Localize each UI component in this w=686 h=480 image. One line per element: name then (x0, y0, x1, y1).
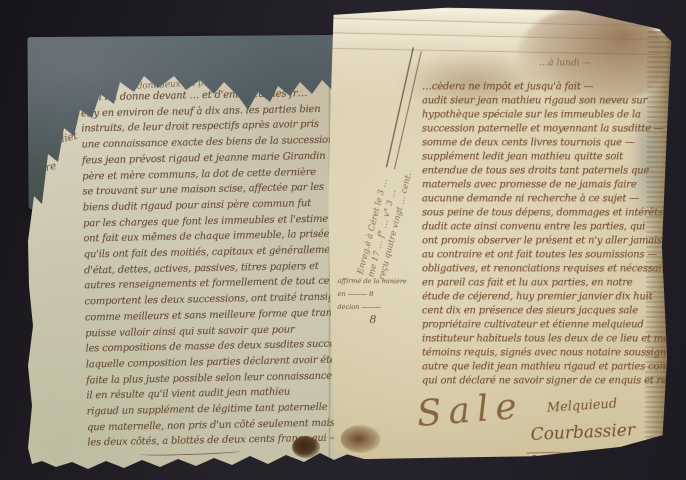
water-stain (340, 425, 380, 453)
manuscript-line: ont promis observer le présent et n'y al… (422, 234, 664, 248)
torn-fragment-text: …à lundi — (539, 58, 591, 68)
manuscript-line: audit sieur jean mathieu rigaud son neve… (422, 94, 664, 108)
signature-witness: Melquieud (546, 396, 617, 415)
manuscript-line: succession paternelle et moyennant la su… (422, 122, 664, 136)
ink-blot (292, 436, 320, 458)
manuscript-line: en pareil cas fait et lu aux parties, en… (422, 276, 664, 290)
manuscript-line: étude de céjerend, huy premier janvier d… (422, 290, 664, 304)
manuscript-line: dudit acte ainsi convenu entre les parti… (422, 220, 664, 234)
signature-notary: Courbassier (530, 420, 635, 445)
manuscript-line: entendue de tous ses droits tant paterne… (422, 164, 664, 178)
manuscript-line: au contraire et ont fait toutes les soum… (422, 248, 664, 262)
manuscript-line: maternels avec promesse de ne jamais fai… (422, 178, 664, 192)
manuscript-line: autre que ledit jean mathieu rigaud et p… (422, 360, 664, 374)
manuscript-line: propriétaire cultivateur et étienne melq… (422, 318, 664, 332)
manuscript-line: obligatives, et renonciations requises e… (422, 262, 664, 276)
manuscript-line: supplément ledit jean mathieu quitte soi… (422, 150, 664, 164)
manuscript-line: témoins requis, signés avec nous notaire… (422, 346, 664, 360)
left-page-text: qu'il lui donne devant … et d'entre eux … (81, 86, 340, 452)
manuscript-line: cent dix en présence des sieurs jacques … (422, 304, 664, 318)
manuscript-line: somme de deux cents livres tournois que … (422, 136, 664, 150)
signature-witness-mark: Sale (415, 386, 525, 435)
manuscript-line: hypothèque spéciale sur les immeubles de… (422, 108, 664, 122)
fee-note-line: affirmé de la minière (338, 275, 407, 288)
margin-fee-notes: affirmé de la minière en ——— 8 décion ——… (337, 275, 406, 314)
fee-amount: 8 (369, 313, 376, 326)
right-page-text: …cèdera ne impôt et jusqu'à fait — audit… (422, 80, 664, 388)
fee-note-line: en ——— 8 (338, 288, 407, 301)
manuscript-line: instituteur habituels tous les deux de c… (422, 332, 664, 346)
manuscript-scan: …dont deux les p… Vendiet re qu'il lui d… (0, 0, 686, 480)
right-page: Enreg.é à Céret le 3 … me 17 … f° … v° 3… (324, 5, 673, 465)
manuscript-line: sous peine de tous dépens, dommages et i… (422, 206, 664, 220)
signature-flourish (524, 450, 658, 467)
manuscript-line: qui ont déclaré ne savoir signer de ce e… (422, 374, 664, 388)
manuscript-line: aucunne demande ni recherche à ce sujet … (422, 192, 664, 206)
manuscript-line: …cèdera ne impôt et jusqu'à fait — (422, 80, 664, 94)
